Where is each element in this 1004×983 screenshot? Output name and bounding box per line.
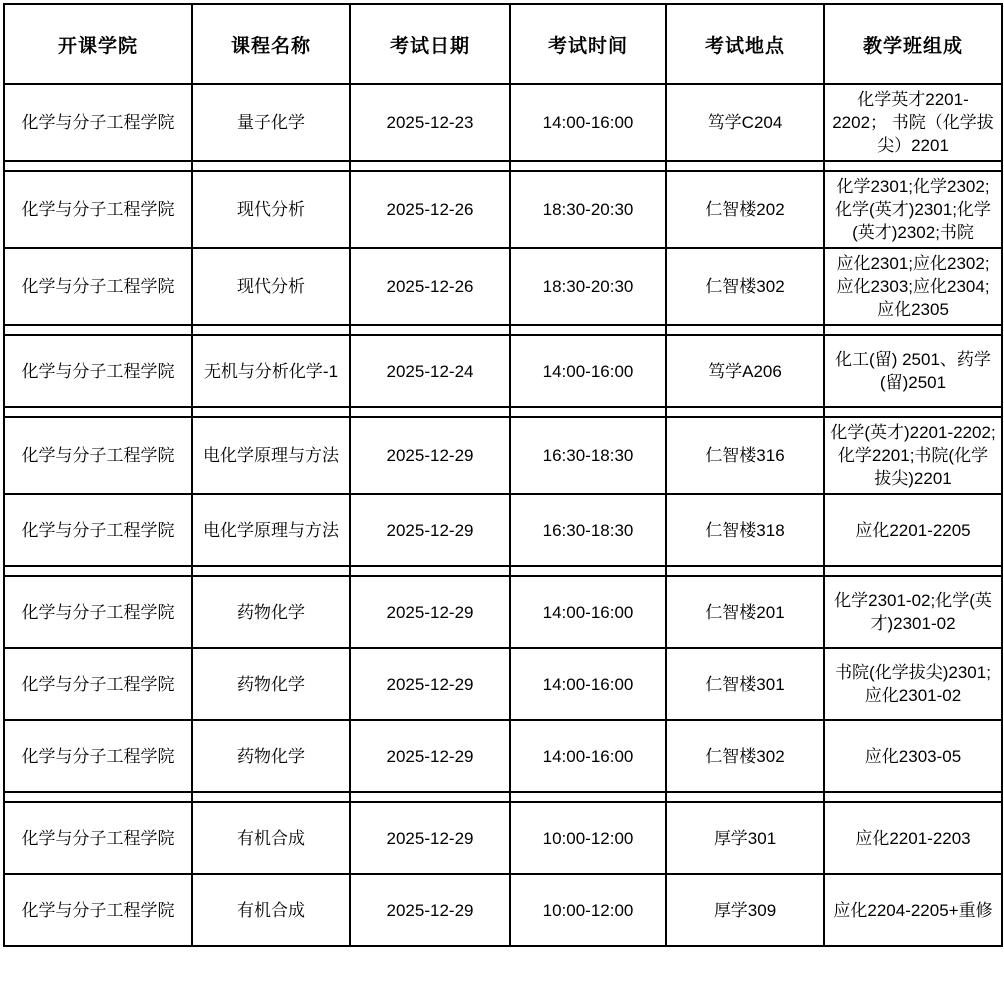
cell-time: 14:00-16:00 (510, 335, 666, 407)
column-header-college: 开课学院 (4, 4, 192, 84)
cell-date: 2025-12-29 (350, 874, 510, 946)
cell-classes: 化学(英才)2201-2202;化学2201;书院(化学拔尖)2201 (824, 417, 1002, 494)
separator-cell (510, 161, 666, 171)
exam-schedule-page: 开课学院 课程名称 考试日期 考试时间 考试地点 教学班组成 化学与分子工程学院… (0, 0, 1004, 983)
separator-row (4, 407, 1002, 417)
separator-cell (666, 792, 824, 802)
separator-cell (666, 566, 824, 576)
separator-cell (666, 407, 824, 417)
cell-course: 药物化学 (192, 720, 350, 792)
exam-row: 化学与分子工程学院无机与分析化学-12025-12-2414:00-16:00笃… (4, 335, 1002, 407)
cell-course: 量子化学 (192, 84, 350, 161)
cell-classes: 应化2201-2205 (824, 494, 1002, 566)
cell-course: 电化学原理与方法 (192, 417, 350, 494)
cell-location: 厚学309 (666, 874, 824, 946)
cell-location: 仁智楼301 (666, 648, 824, 720)
exam-row: 化学与分子工程学院量子化学2025-12-2314:00-16:00笃学C204… (4, 84, 1002, 161)
cell-college: 化学与分子工程学院 (4, 576, 192, 648)
cell-time: 10:00-12:00 (510, 802, 666, 874)
cell-course: 有机合成 (192, 874, 350, 946)
separator-cell (824, 407, 1002, 417)
separator-cell (510, 407, 666, 417)
separator-cell (824, 325, 1002, 335)
separator-row (4, 161, 1002, 171)
column-header-date: 考试日期 (350, 4, 510, 84)
cell-college: 化学与分子工程学院 (4, 84, 192, 161)
exam-row: 化学与分子工程学院电化学原理与方法2025-12-2916:30-18:30仁智… (4, 494, 1002, 566)
separator-cell (4, 407, 192, 417)
cell-course: 现代分析 (192, 248, 350, 325)
separator-cell (510, 792, 666, 802)
cell-time: 10:00-12:00 (510, 874, 666, 946)
cell-classes: 应化2301;应化2302;应化2303;应化2304;应化2305 (824, 248, 1002, 325)
cell-location: 仁智楼316 (666, 417, 824, 494)
cell-college: 化学与分子工程学院 (4, 802, 192, 874)
cell-classes: 应化2204-2205+重修 (824, 874, 1002, 946)
separator-cell (824, 566, 1002, 576)
column-header-classes: 教学班组成 (824, 4, 1002, 84)
cell-course: 有机合成 (192, 802, 350, 874)
exam-table-body: 化学与分子工程学院量子化学2025-12-2314:00-16:00笃学C204… (4, 84, 1002, 946)
separator-cell (4, 792, 192, 802)
separator-cell (4, 161, 192, 171)
separator-cell (666, 325, 824, 335)
cell-course: 药物化学 (192, 576, 350, 648)
cell-classes: 应化2303-05 (824, 720, 1002, 792)
column-header-location: 考试地点 (666, 4, 824, 84)
exam-schedule-table: 开课学院 课程名称 考试日期 考试时间 考试地点 教学班组成 化学与分子工程学院… (3, 3, 1003, 947)
cell-classes: 化学2301;化学2302;化学(英才)2301;化学(英才)2302;书院 (824, 171, 1002, 248)
separator-cell (350, 792, 510, 802)
cell-time: 16:30-18:30 (510, 494, 666, 566)
separator-cell (350, 566, 510, 576)
separator-row (4, 792, 1002, 802)
separator-row (4, 566, 1002, 576)
separator-cell (350, 407, 510, 417)
separator-cell (4, 325, 192, 335)
separator-cell (510, 325, 666, 335)
cell-time: 18:30-20:30 (510, 248, 666, 325)
cell-classes: 化工(留) 2501、药学(留)2501 (824, 335, 1002, 407)
cell-time: 14:00-16:00 (510, 720, 666, 792)
header-row: 开课学院 课程名称 考试日期 考试时间 考试地点 教学班组成 (4, 4, 1002, 84)
cell-date: 2025-12-29 (350, 802, 510, 874)
separator-cell (824, 161, 1002, 171)
cell-time: 14:00-16:00 (510, 576, 666, 648)
separator-cell (666, 161, 824, 171)
cell-college: 化学与分子工程学院 (4, 648, 192, 720)
cell-course: 现代分析 (192, 171, 350, 248)
cell-location: 厚学301 (666, 802, 824, 874)
cell-course: 电化学原理与方法 (192, 494, 350, 566)
cell-college: 化学与分子工程学院 (4, 171, 192, 248)
cell-location: 仁智楼302 (666, 248, 824, 325)
cell-date: 2025-12-26 (350, 171, 510, 248)
cell-classes: 化学英才2201-2202； 书院（化学拔尖）2201 (824, 84, 1002, 161)
separator-cell (510, 566, 666, 576)
cell-date: 2025-12-23 (350, 84, 510, 161)
cell-date: 2025-12-29 (350, 576, 510, 648)
cell-time: 14:00-16:00 (510, 84, 666, 161)
cell-classes: 应化2201-2203 (824, 802, 1002, 874)
exam-row: 化学与分子工程学院有机合成2025-12-2910:00-12:00厚学301应… (4, 802, 1002, 874)
exam-row: 化学与分子工程学院现代分析2025-12-2618:30-20:30仁智楼302… (4, 248, 1002, 325)
cell-time: 16:30-18:30 (510, 417, 666, 494)
cell-location: 仁智楼318 (666, 494, 824, 566)
separator-cell (350, 325, 510, 335)
cell-date: 2025-12-24 (350, 335, 510, 407)
separator-cell (192, 566, 350, 576)
separator-cell (4, 566, 192, 576)
cell-time: 18:30-20:30 (510, 171, 666, 248)
separator-cell (192, 325, 350, 335)
cell-college: 化学与分子工程学院 (4, 248, 192, 325)
cell-time: 14:00-16:00 (510, 648, 666, 720)
cell-college: 化学与分子工程学院 (4, 417, 192, 494)
cell-location: 仁智楼201 (666, 576, 824, 648)
exam-row: 化学与分子工程学院电化学原理与方法2025-12-2916:30-18:30仁智… (4, 417, 1002, 494)
cell-date: 2025-12-26 (350, 248, 510, 325)
cell-classes: 书院(化学拔尖)2301;应化2301-02 (824, 648, 1002, 720)
cell-date: 2025-12-29 (350, 720, 510, 792)
exam-row: 化学与分子工程学院药物化学2025-12-2914:00-16:00仁智楼301… (4, 648, 1002, 720)
cell-location: 仁智楼202 (666, 171, 824, 248)
cell-location: 笃学A206 (666, 335, 824, 407)
cell-course: 药物化学 (192, 648, 350, 720)
exam-row: 化学与分子工程学院药物化学2025-12-2914:00-16:00仁智楼201… (4, 576, 1002, 648)
separator-cell (192, 792, 350, 802)
cell-college: 化学与分子工程学院 (4, 494, 192, 566)
cell-college: 化学与分子工程学院 (4, 335, 192, 407)
cell-date: 2025-12-29 (350, 648, 510, 720)
cell-location: 仁智楼302 (666, 720, 824, 792)
column-header-course: 课程名称 (192, 4, 350, 84)
cell-date: 2025-12-29 (350, 417, 510, 494)
exam-row: 化学与分子工程学院有机合成2025-12-2910:00-12:00厚学309应… (4, 874, 1002, 946)
exam-row: 化学与分子工程学院现代分析2025-12-2618:30-20:30仁智楼202… (4, 171, 1002, 248)
cell-college: 化学与分子工程学院 (4, 720, 192, 792)
separator-cell (350, 161, 510, 171)
separator-cell (824, 792, 1002, 802)
cell-college: 化学与分子工程学院 (4, 874, 192, 946)
exam-row: 化学与分子工程学院药物化学2025-12-2914:00-16:00仁智楼302… (4, 720, 1002, 792)
cell-course: 无机与分析化学-1 (192, 335, 350, 407)
separator-row (4, 325, 1002, 335)
separator-cell (192, 161, 350, 171)
cell-classes: 化学2301-02;化学(英才)2301-02 (824, 576, 1002, 648)
column-header-time: 考试时间 (510, 4, 666, 84)
cell-date: 2025-12-29 (350, 494, 510, 566)
cell-location: 笃学C204 (666, 84, 824, 161)
separator-cell (192, 407, 350, 417)
